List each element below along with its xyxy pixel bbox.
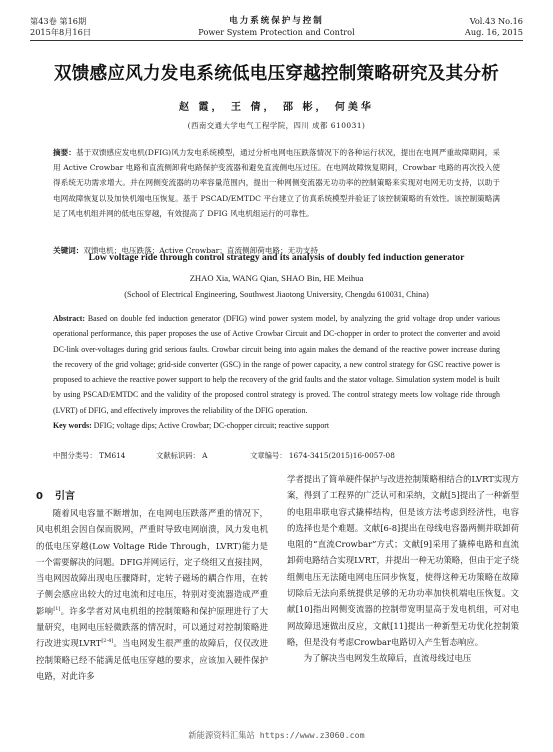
article-no-label: 文章编号： <box>250 451 286 461</box>
doc-code-value: A <box>202 451 207 460</box>
abstract-en-label: Abstract: <box>53 314 85 323</box>
section-number: 0 <box>36 491 43 502</box>
abstract-en: Abstract: Based on double fed induction … <box>53 311 500 418</box>
body-text: 随着风电容量不断增加，在电网电压跌落严重的情况下，风电机组会因自保而脱网，严重时… <box>36 508 268 616</box>
affiliation-en: (School of Electrical Engineering, South… <box>0 290 553 299</box>
classification-line: 中图分类号： TM614 文献标识码： A 文章编号： 1674-3415(20… <box>53 451 395 461</box>
clc-value: TM614 <box>99 451 125 460</box>
journal-name: 电力系统保护与控制 Power System Protection and Co… <box>30 16 523 38</box>
abstract-en-text: Based on double fed induction generator … <box>53 314 500 415</box>
paper-title-en: Low voltage ride through control strateg… <box>0 252 553 263</box>
running-header: 第43卷 第16期 2015年8月16日 电力系统保护与控制 Power Sys… <box>30 16 523 46</box>
body-paragraph: 随着风电容量不断增加，在电网电压跌落严重的情况下，风电机组会因自保而脱网，严重时… <box>36 505 268 684</box>
body-paragraph: 学者提出了简单硬件保护与改进控制策略相结合的LVRT实现方案，得到了工程界的广泛… <box>287 471 519 650</box>
section-title: 引言 <box>55 491 75 502</box>
abstract-cn: 摘要：基于双馈感应发电机(DFIG)风力发电系统模型，通过分析电网电压跌落情况下… <box>53 145 500 221</box>
header-divider <box>30 40 523 41</box>
body-column-left: 随着风电容量不断增加，在电网电压跌落严重的情况下，风电机组会因自保而脱网，严重时… <box>36 505 268 684</box>
authors-cn: 赵 霞， 王 倩， 邵 彬， 何美华 <box>0 98 553 113</box>
paper-page: 第43卷 第16期 2015年8月16日 电力系统保护与控制 Power Sys… <box>0 0 553 752</box>
abstract-cn-text: 基于双馈感应发电机(DFIG)风力发电系统模型，通过分析电网电压跌落情况下的各种… <box>53 148 500 218</box>
affiliation-cn: (西南交通大学电气工程学院，四川 成都 610031) <box>0 120 553 131</box>
journal-volume-date-en: Vol.43 No.16 Aug. 16, 2015 <box>465 16 523 38</box>
body-column-right: 学者提出了简单硬件保护与改进控制策略相结合的LVRT实现方案，得到了工程界的广泛… <box>287 471 519 667</box>
keywords-en-text: DFIG; voltage dips; Active Crowbar; DC-c… <box>92 421 329 430</box>
section-heading-introduction: 0引言 <box>36 487 75 502</box>
issue-date-en: Aug. 16, 2015 <box>465 27 523 38</box>
authors-en: ZHAO Xia, WANG Qian, SHAO Bin, HE Meihua <box>0 273 553 283</box>
keywords-en: Key words: DFIG; voltage dips; Active Cr… <box>53 421 500 430</box>
keywords-en-label: Key words: <box>53 421 92 430</box>
paper-title-cn: 双馈感应风力发电系统低电压穿越控制策略研究及其分析 <box>0 60 553 85</box>
doc-code-label: 文献标识码： <box>156 451 200 461</box>
volume-issue-en: Vol.43 No.16 <box>465 16 523 27</box>
journal-name-en: Power System Protection and Control <box>30 27 523 38</box>
article-no-value: 1674-3415(2015)16-0057-08 <box>289 451 395 460</box>
citation[interactable]: [2-4] <box>101 639 113 645</box>
clc-label: 中图分类号： <box>53 451 97 461</box>
abstract-cn-label: 摘要： <box>53 148 76 157</box>
body-paragraph: 为了解决当电网发生故障后，直流母线过电压 <box>287 650 519 666</box>
journal-name-cn: 电力系统保护与控制 <box>30 16 523 27</box>
source-watermark: 新能源资料汇集站 https://www.z3060.com <box>0 729 553 741</box>
